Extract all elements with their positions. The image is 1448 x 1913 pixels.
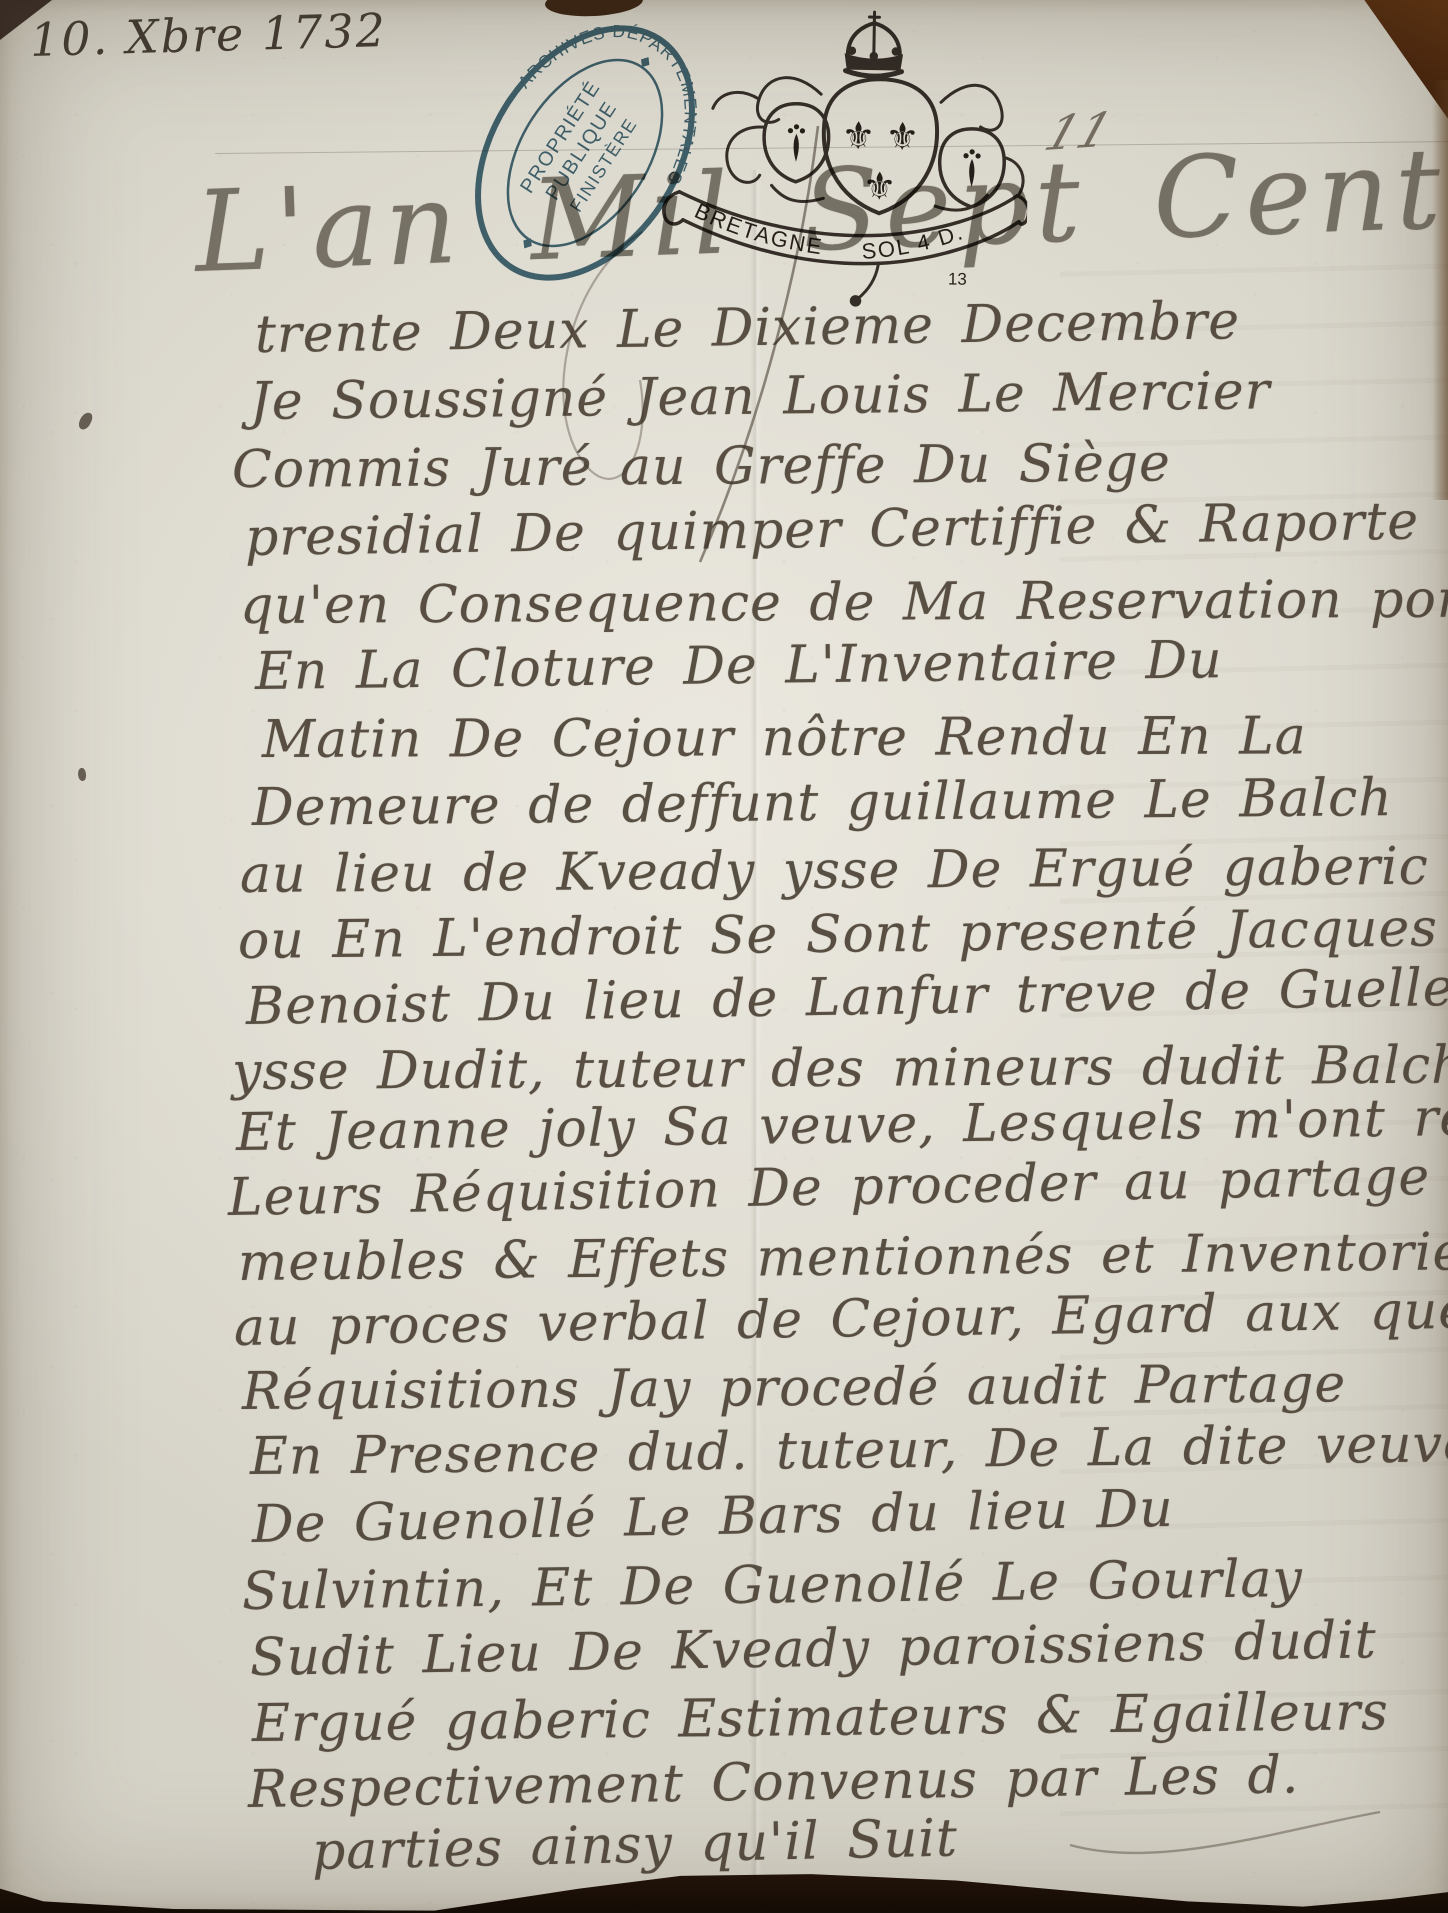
manuscript-line: parties ainsy qu'il Suit <box>311 1808 958 1882</box>
manuscript-line: presidial De quimper Certiffie & Raporte <box>245 492 1420 568</box>
manuscript-line: Commis Juré au Greffe Du Siège <box>232 433 1171 500</box>
ermine-spot-icon <box>787 124 805 162</box>
dark-edge-right <box>1432 80 1448 500</box>
stamp-control-number: 13 <box>948 269 967 288</box>
manuscript-line: Sulvintin, Et De Guenollé Le Gourlay <box>242 1549 1304 1622</box>
manuscript-line: En La Cloture De L'Inventaire Du <box>255 630 1223 702</box>
manuscript-line: De Guenollé Le Bars du lieu Du <box>251 1479 1174 1555</box>
manuscript-line: Ergué gaberic Estimateurs & Egailleurs <box>252 1682 1389 1754</box>
manuscript-line: Demeure de deffunt guillaume Le Balch <box>252 768 1393 838</box>
pendant-ornament <box>851 265 878 305</box>
manuscript-line: Matin De Cejour nôtre Rendu En La <box>262 706 1307 770</box>
svg-text:⚜: ⚜ <box>885 116 920 159</box>
manuscript-line: Je Soussigné Jean Louis Le Mercier <box>250 361 1271 432</box>
manuscript-line: qu'en Consequence de Ma Reservation port… <box>240 569 1448 636</box>
manuscript-line: meubles & Effets mentionnés et Inventori… <box>238 1222 1448 1293</box>
ermine-spot-icon <box>963 149 981 187</box>
crown-icon <box>845 12 902 77</box>
manuscript-page: 10. Xbre 1732 11 L'an Mil Sept Cents tre… <box>0 0 1448 1913</box>
manuscript-line: En Presence dud. tuteur, De La dite veuv… <box>250 1414 1448 1487</box>
svg-text:⚜: ⚜ <box>862 166 897 209</box>
manuscript-line: au lieu de Kveady ysse De Ergué gaberic <box>240 837 1429 905</box>
manuscript-line: Réquisitions Jay procedé audit Partage <box>242 1354 1347 1422</box>
manuscript-line: Sudit Lieu De Kveady paroissiens dudit <box>250 1610 1378 1688</box>
manuscript-line: Respectivement Convenus par Les d. <box>248 1745 1300 1820</box>
svg-text:⚜: ⚜ <box>841 116 876 159</box>
fiscal-tax-stamp: ⚜ ⚜ ⚜ BRETAGNE SOL 4 D. 13 <box>585 4 1030 312</box>
